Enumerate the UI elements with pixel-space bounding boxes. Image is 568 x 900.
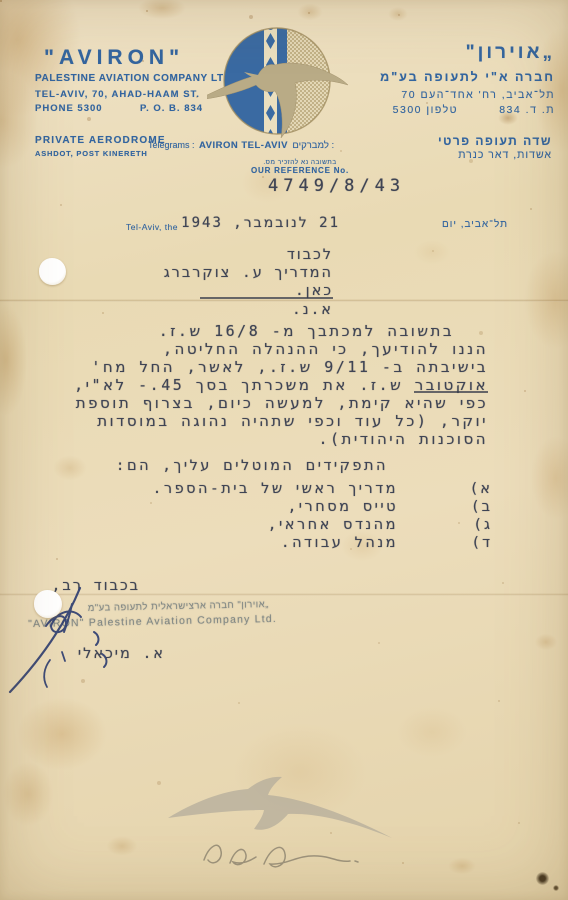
duty-letter: א) (470, 481, 492, 497)
typed-signer-name: א. מיכאלי (78, 646, 165, 662)
ink-spot-small (553, 885, 559, 891)
telegrams-route: AVIRON TEL-AVIV (199, 140, 288, 151)
dateline-typed-date: 21 לנובמבר, 1943 (181, 215, 340, 231)
duty-letter: ג) (473, 517, 492, 533)
handwritten-pencil-signature (198, 828, 402, 870)
duty-text: מהנדס אחראי, (268, 517, 398, 533)
body-line: הסוכנות היהודית). (58, 430, 488, 448)
duty-letter: ד) (471, 535, 492, 551)
company-address-en: TEL-AVIV, 70, AHAD-HAAM ST. (35, 89, 200, 100)
duty-letter: ב) (471, 499, 492, 515)
reference-note-he: בתשובה נא להזכיר מס. (210, 159, 390, 166)
dateline-prefix-he: תל־אביב, יום (442, 219, 508, 230)
recipient-line-1: לכבוד (287, 247, 333, 263)
duty-text: טייס מסחרי, (288, 499, 398, 515)
company-subtitle-en: PALESTINE AVIATION COMPANY LTD. (35, 73, 235, 84)
telegrams-label-en: Telegrams : (148, 140, 195, 150)
hole-punch-top (39, 258, 66, 285)
company-phone-en: PHONE 5300 (35, 103, 103, 114)
recipient-underline (200, 297, 333, 299)
company-pob-en: P. O. B. 834 (140, 103, 203, 114)
recipient-line-2: המדריך ע. צוקרברג (164, 265, 333, 281)
telegrams-line: Telegrams : AVIRON TEL-AVIV : למברקים (148, 135, 334, 153)
company-name-he: „אוירון" (466, 42, 555, 64)
reference-block: בתשובה נא להזכיר מס. OUR REFERENCE No. 4… (210, 159, 390, 196)
october-underline (414, 391, 488, 393)
company-name-en: "AVIRON" (44, 46, 184, 70)
duty-text: מדריך ראשי של בית-הספר. (153, 481, 398, 497)
gull-and-beacon-emblem-icon (207, 21, 349, 145)
aerodrome-location-he: אשדות, דאר כנרת (458, 149, 552, 161)
body-paragraph: בתשובה למכתבך מ- 16/8 ש.ז. הננו להודיעך,… (58, 322, 488, 448)
handwritten-ink-signature (4, 574, 134, 706)
aerodrome-location-en: ASHDOT, POST KINERETH (35, 149, 148, 158)
hole-punch-bottom (34, 590, 62, 618)
ink-spot (536, 872, 549, 885)
company-subtitle-he: חברה א"י לתעופה בע"מ (380, 70, 555, 84)
body-line: בתשובה למכתבך מ- 16/8 ש.ז. (58, 322, 454, 340)
company-phone-he: טלפון 5300 (393, 104, 458, 116)
fold-crease-top (0, 299, 568, 302)
duty-text: מנהל עבודה. (281, 535, 398, 551)
body-line: יוקר, (כל עוד וכפי שתהיה נהוגה במוסדות (58, 412, 488, 430)
body-line: בישיבתה ב- 9/11 ש.ז., לאשר, החל מח' (58, 358, 488, 376)
body-line: כפי שהיא קימת, למעשה כיום, בצרוף תוספת (58, 394, 488, 412)
dateline-prefix-en: Tel-Aviv, the (126, 222, 178, 232)
salutation: א.נ. (292, 302, 333, 318)
reference-note-en: OUR REFERENCE No. (210, 166, 390, 175)
letter-page: "AVIRON" PALESTINE AVIATION COMPANY LTD.… (0, 0, 568, 900)
telegrams-label-he: : למברקים (292, 140, 334, 151)
aerodrome-title-he: שדה תעופה פרטי (438, 134, 552, 148)
company-pob-he: ת. ד. 834 (499, 104, 555, 116)
aerodrome-title-en: PRIVATE AERODROME (35, 135, 166, 146)
company-address-he: תל־אביב, רח' אחד־העם 70 (401, 89, 555, 101)
duties-header: התפקידים המוטלים עליך, הם: (116, 458, 388, 474)
reference-number: 4749/8/43 (268, 176, 390, 196)
body-line: הננו להודיעך, כי ההנהלה החליטה, (58, 340, 488, 358)
speck-overlay (0, 0, 2, 2)
